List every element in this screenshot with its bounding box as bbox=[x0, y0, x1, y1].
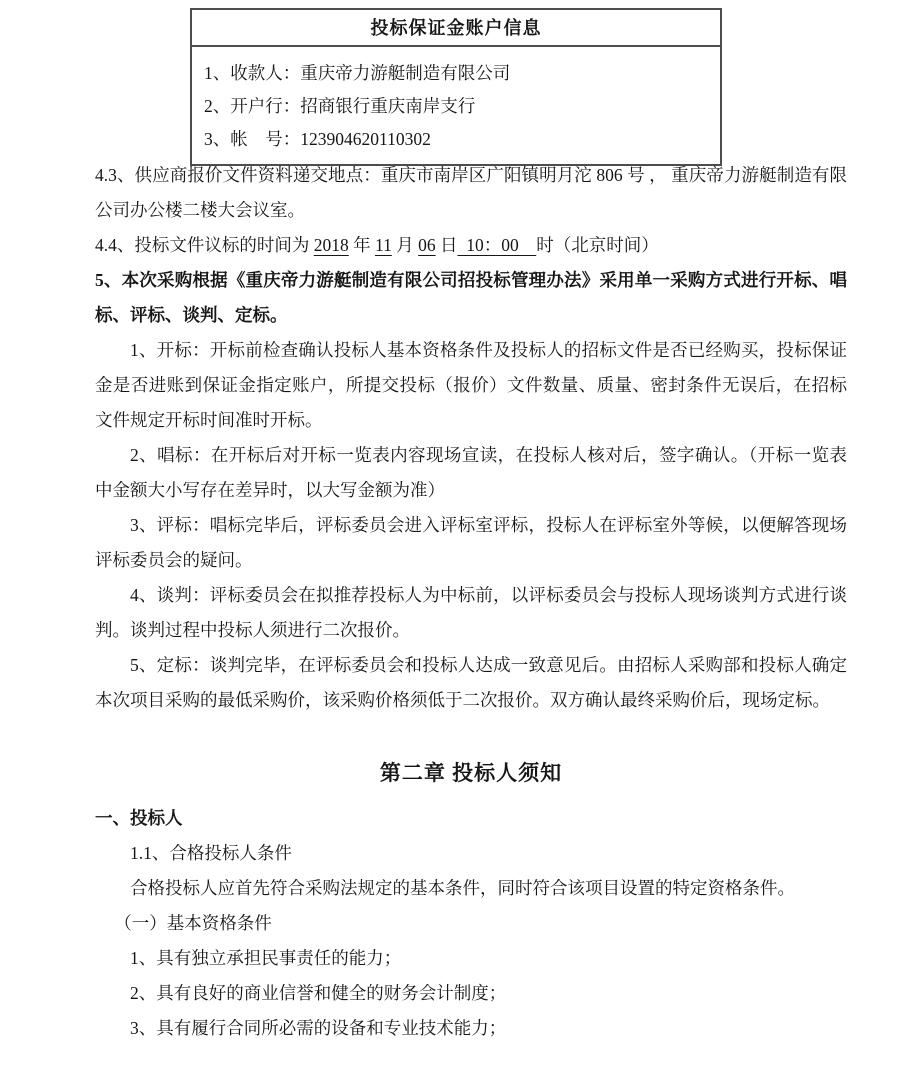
basic-qualification-item-1: 1、具有独立承担民事责任的能力； bbox=[95, 941, 847, 976]
section-1-1-intro: 合格投标人应首先符合采购法规定的基本条件，同时符合该项目设置的特定资格条件。 bbox=[95, 871, 847, 906]
deposit-row-payee: 1、收款人：重庆帝力游艇制造有限公司 bbox=[204, 57, 712, 90]
p44-year: 2018 bbox=[314, 235, 349, 255]
p44-month-unit: 月 bbox=[392, 235, 418, 255]
deposit-table-title: 投标保证金账户信息 bbox=[192, 10, 720, 47]
deposit-table-body: 1、收款人：重庆帝力游艇制造有限公司 2、开户行：招商银行重庆南岸支行 3、帐 … bbox=[192, 47, 720, 164]
procedure-item-award: 5、定标：谈判完毕，在评标委员会和投标人达成一致意见后。由招标人采购部和投标人确… bbox=[95, 648, 847, 718]
procedure-item-evaluate-bid: 3、评标：唱标完毕后，评标委员会进入评标室评标，投标人在评标室外等候，以便解答现… bbox=[95, 508, 847, 578]
basic-qualification-heading: （一）基本资格条件 bbox=[95, 906, 847, 941]
deposit-row-bank: 2、开户行：招商银行重庆南岸支行 bbox=[204, 90, 712, 123]
procedure-item-read-bid: 2、唱标：在开标后对开标一览表内容现场宣读，在投标人核对后，签字确认。（开标一览… bbox=[95, 438, 847, 508]
deposit-account-table: 投标保证金账户信息 1、收款人：重庆帝力游艇制造有限公司 2、开户行：招商银行重… bbox=[190, 8, 722, 166]
p44-day-unit: 日 bbox=[436, 235, 458, 255]
p44-month: 11 bbox=[375, 235, 392, 255]
basic-qualification-item-3: 3、具有履行合同所必需的设备和专业技术能力； bbox=[95, 1011, 847, 1046]
document-page: 投标保证金账户信息 1、收款人：重庆帝力游艇制造有限公司 2、开户行：招商银行重… bbox=[0, 0, 900, 1075]
p44-suffix: 时（北京时间） bbox=[536, 235, 659, 255]
deposit-row-account-number: 3、帐 号：123904620110302 bbox=[204, 123, 712, 156]
section-1-heading: 一、投标人 bbox=[95, 801, 847, 836]
procedure-item-open-bid: 1、开标：开标前检查确认投标人基本资格条件及投标人的招标文件是否已经购买，投标保… bbox=[95, 333, 847, 438]
paragraph-4-4: 4.4、投标文件议标的时间为 2018 年 11 月 06 日 10：00 时（… bbox=[95, 228, 847, 263]
paragraph-5: 5、本次采购根据《重庆帝力游艇制造有限公司招投标管理办法》采用单一采购方式进行开… bbox=[95, 263, 847, 333]
chapter-2-title: 第二章 投标人须知 bbox=[95, 756, 847, 791]
p44-year-unit: 年 bbox=[349, 235, 375, 255]
procedure-item-negotiate: 4、谈判：评标委员会在拟推荐投标人为中标前，以评标委员会与投标人现场谈判方式进行… bbox=[95, 578, 847, 648]
basic-qualification-item-2: 2、具有良好的商业信誉和健全的财务会计制度； bbox=[95, 976, 847, 1011]
paragraph-4-3: 4.3、供应商报价文件资料递交地点：重庆市南岸区广阳镇明月沱 806 号 ， 重… bbox=[95, 158, 847, 228]
p44-prefix: 4.4、投标文件议标的时间为 bbox=[95, 235, 314, 255]
p44-day: 06 bbox=[418, 235, 436, 255]
p44-time: 10：00 bbox=[457, 235, 536, 255]
document-body: 4.3、供应商报价文件资料递交地点：重庆市南岸区广阳镇明月沱 806 号 ， 重… bbox=[95, 158, 847, 1046]
section-1-1-heading: 1.1、合格投标人条件 bbox=[95, 836, 847, 871]
